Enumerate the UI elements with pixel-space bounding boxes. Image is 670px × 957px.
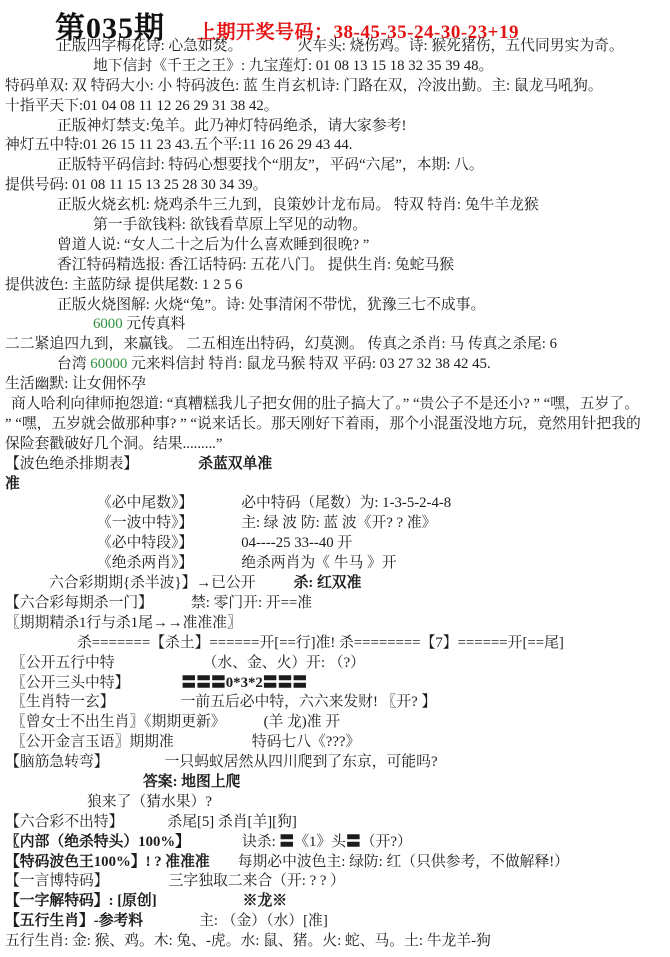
text-line: 提供号码: 01 08 11 15 13 25 28 30 34 39。 xyxy=(5,176,670,196)
text-line: 杀=======【杀土】======开[==行]准! 杀========【7】=… xyxy=(5,634,670,654)
text-line: 香江特码精选报: 香江话特码: 五花八门。 提供生肖: 兔蛇马猴 xyxy=(5,256,670,276)
spacer xyxy=(129,686,181,687)
text-line: 【六合彩每期杀一门】禁: 零门开: 开==准 xyxy=(5,594,670,614)
text-segment: 生活幽默: 让女佣怀孕 xyxy=(5,376,146,392)
text-segment: 香江特码精选报: 香江话特码: 五花八门。 提供生肖: 兔蛇马猴 xyxy=(57,257,454,273)
text-segment: 提供波色: 主蓝防绿 提供尾数: 1 2 5 6 xyxy=(5,277,243,293)
spacer xyxy=(174,745,252,746)
text-segment: 绝杀两肖为《 牛马 》开 xyxy=(241,555,396,571)
text-segment: 04----25 33--40 开 xyxy=(241,535,352,551)
spacer xyxy=(226,725,264,726)
text-segment: ※龙※ xyxy=(243,893,287,909)
text-segment: 地下信封《千王之王》: 九宝莲灯: 01 08 13 15 18 32 35 3… xyxy=(93,58,493,74)
text-segment: 保险套戳破好几个洞。结果.........” xyxy=(5,436,222,452)
text-line: 正版火烧图解: 火烧“兔”。诗: 处事清闲不带忧，犹豫三七不成事。 xyxy=(5,296,670,316)
text-segment: 【一言博特码】 xyxy=(5,873,109,889)
text-line: 商人哈利向律师抱怨道: “真糟糕我儿子把女佣的肚子搞大了。” “贵公子不是还小?… xyxy=(5,395,670,415)
spacer xyxy=(115,705,181,706)
text-segment: 《必中特段》】 xyxy=(97,535,193,551)
text-segment: 六合彩期期{杀半波}】→已公开 xyxy=(49,575,256,591)
text-segment: （水、金、火）开: （?） xyxy=(203,655,365,671)
text-line: 【特码波色王100%】! ? 准准准每期必中波色主: 绿防: 红（只供参考，不做… xyxy=(5,853,670,873)
spacer xyxy=(153,606,191,607)
text-segment: 杀: 红双准 xyxy=(294,575,362,591)
text-line: 六合彩期期{杀半波}】→已公开杀: 红双准 xyxy=(5,574,670,594)
text-segment: 〖公开金言玉语〗期期准 xyxy=(11,734,174,750)
text-segment: 神灯五中特:01 26 15 11 23 43.五个平:11 16 26 29 … xyxy=(5,137,352,153)
text-segment: 〓 xyxy=(346,834,361,850)
text-segment: 台湾 xyxy=(57,356,90,372)
text-line: 【波色绝杀排期表】杀蓝双单准 xyxy=(5,455,670,475)
text-line: 曾道人说: “女人二十之后为什么喜欢睡到很晚? ” xyxy=(5,236,670,256)
text-segment: （开?） xyxy=(361,834,412,850)
text-line: 《一波中特》】主: 绿 波 防: 蓝 波《开? ? 准》 xyxy=(5,514,670,534)
spacer xyxy=(123,825,167,826)
text-segment: 〖生肖特一玄】 xyxy=(11,694,115,710)
text-segment: 杀=======【杀土】======开[==行]准! 杀========【7】=… xyxy=(77,635,564,651)
text-line: 保险套戳破好几个洞。结果.........” xyxy=(5,435,670,455)
text-segment: 每期必中波色主: 绿防: 红（只供参考，不做解释!） xyxy=(238,854,569,870)
text-line: 〖曾女士不出生肖〗《期期更新》(羊 龙)准 开 xyxy=(5,713,670,733)
text-line: 五行生肖: 金: 猴、鸡。木: 兔、-虎。水: 鼠、猪。火: 蛇、马。土: 牛龙… xyxy=(5,932,670,952)
text-segment: 〖公开五行中特 xyxy=(11,655,115,671)
text-segment: 第一手欲钱料: 欲钱看草原上罕见的动物。 xyxy=(93,217,367,233)
text-segment: 准 xyxy=(5,476,20,492)
text-line: 〖公开五行中特（水、金、火）开: （?） xyxy=(5,654,670,674)
text-segment: 〖曾女士不出生肖〗《期期更新》 xyxy=(11,714,226,730)
text-line: 〖公开三头中特】〓〓〓0*3*2〓〓〓 xyxy=(5,674,670,694)
text-line: 正版四字梅花诗: 心急如焚。火车头: 烧伤鸡。诗: 猴死猪伤，五代同男实为奇。 xyxy=(5,37,670,57)
text-segment: 商人哈利向律师抱怨道: “真糟糕我儿子把女佣的肚子搞大了。” “贵公子不是还小?… xyxy=(11,396,639,412)
text-segment: 【五行生肖】-参考料 xyxy=(5,913,143,929)
text-line: 第一手欲钱料: 欲钱看草原上罕见的动物。 xyxy=(5,216,670,236)
text-segment: 提供号码: 01 08 11 15 13 25 28 30 34 39。 xyxy=(5,177,268,193)
text-line: 【一字解特码】: [原创]※龙※ xyxy=(5,892,670,912)
text-segment: 特码单双: 双 特码大小: 小 特码波色: 蓝 生肖玄机诗: 门路在双，冷波出勤… xyxy=(5,78,603,94)
text-segment: ” “嘿，五岁就会做那种事? ” “说来话长。那天刚好下着雨，那个小混蛋没地方玩… xyxy=(5,416,641,432)
text-segment: 《一波中特》】 xyxy=(97,515,193,531)
text-segment: 【六合彩每期杀一门】 xyxy=(5,595,153,611)
spacer xyxy=(210,865,238,866)
text-segment: 〖期期精杀1行与杀1尾→→准准准〗 xyxy=(5,615,242,631)
text-segment: 一前五后必中特，六六来发财! 〖开? 】 xyxy=(181,694,437,710)
text-segment: 正版火烧玄机: 烧鸡杀牛三九到，良策妙计龙布局。 特双 特肖: 兔牛羊龙猴 xyxy=(57,197,539,213)
text-segment: 元传真料 xyxy=(123,316,186,332)
text-line: 正版火烧玄机: 烧鸡杀牛三九到，良策妙计龙布局。 特双 特肖: 兔牛羊龙猴 xyxy=(5,196,670,216)
text-segment: 【脑筋急转弯】 xyxy=(5,754,109,770)
spacer xyxy=(109,884,169,885)
text-line: 提供波色: 主蓝防绿 提供尾数: 1 2 5 6 xyxy=(5,276,670,296)
spacer xyxy=(138,467,198,468)
text-segment: 〓 xyxy=(279,834,294,850)
text-segment: 6000 xyxy=(93,316,123,332)
text-segment: 元来料信封 特肖: 鼠龙马猴 特双 平码: 03 27 32 38 42 45. xyxy=(127,356,490,372)
text-line: 《必中尾数》】必中特码（尾数）为: 1-3-5-2-4-8 xyxy=(5,494,670,514)
text-line: ” “嘿，五岁就会做那种事? ” “说来话长。那天刚好下着雨，那个小混蛋没地方玩… xyxy=(5,415,670,435)
spacer xyxy=(242,49,297,50)
text-segment: 【六合彩不出特】 xyxy=(5,814,123,830)
text-segment: 【波色绝杀排期表】 xyxy=(5,456,138,472)
text-line: 〖生肖特一玄】一前五后必中特，六六来发财! 〖开? 】 xyxy=(5,693,670,713)
text-line: 【脑筋急转弯】一只蚂蚁居然从四川爬到了东京，可能吗? xyxy=(5,753,670,773)
text-segment: 五行生肖: 金: 猴、鸡。木: 兔、-虎。水: 鼠、猪。火: 蛇、马。土: 牛龙… xyxy=(5,933,491,949)
spacer xyxy=(193,506,241,507)
spacer xyxy=(193,526,241,527)
text-line: 特码单双: 双 特码大小: 小 特码波色: 蓝 生肖玄机诗: 门路在双，冷波出勤… xyxy=(5,77,670,97)
text-line: 〖内部（绝杀特头）100%】诀杀: 〓《1》头〓（开?） xyxy=(5,833,670,853)
text-line: 〖公开金言玉语〗期期准特码七八《???》 xyxy=(5,733,670,753)
text-segment: 杀蓝双单准 xyxy=(198,456,272,472)
text-segment: 【一字解特码】: [原创] xyxy=(5,893,157,909)
text-segment: 三字独取二来合（开: ? ? ） xyxy=(169,873,345,889)
spacer xyxy=(109,765,165,766)
text-segment: 杀尾[5] 杀肖[羊][狗] xyxy=(167,814,296,830)
text-line: 正版特平码信封: 特码心想要找个“朋友”，平码“六尾”，本期: 八。 xyxy=(5,156,670,176)
text-segment: 〓〓〓0*3*2〓〓〓 xyxy=(181,675,307,691)
spacer xyxy=(157,904,243,905)
text-line: 【六合彩不出特】杀尾[5] 杀肖[羊][狗] xyxy=(5,813,670,833)
text-segment: 答案: 地图上爬 xyxy=(143,774,240,790)
text-segment: 〖内部（绝杀特头）100%】 xyxy=(5,834,190,850)
text-segment: 主: 绿 波 防: 蓝 波《开? ? 准》 xyxy=(241,515,436,531)
text-segment: 禁: 零门开: 开==准 xyxy=(191,595,312,611)
text-line: 《绝杀两肖》】绝杀两肖为《 牛马 》开 xyxy=(5,554,670,574)
text-line: 生活幽默: 让女佣怀孕 xyxy=(5,375,670,395)
text-segment: 诀杀: xyxy=(242,834,279,850)
text-segment: 【特码波色王100%】! ? 准准准 xyxy=(5,854,210,870)
text-segment: 火车头: 烧伤鸡。诗: 猴死猪伤，五代同男实为奇。 xyxy=(297,38,623,54)
spacer xyxy=(143,924,199,925)
lottery-tip-sheet: 第035期 上期开奖号码：38-45-35-24-30-23+19 正版四字梅花… xyxy=(0,0,670,957)
text-line: 答案: 地图上爬 xyxy=(5,773,670,793)
text-segment: 正版特平码信封: 特码心想要找个“朋友”，平码“六尾”，本期: 八。 xyxy=(57,157,484,173)
text-segment: 必中特码（尾数）为: 1-3-5-2-4-8 xyxy=(241,495,451,511)
text-segment: 60000 xyxy=(90,356,127,372)
text-segment: 狼来了（猜水果）? xyxy=(87,794,212,810)
text-line: 二二紧追四九到，来赢钱。 二五相连出特码，幻莫测。 传真之杀肖: 马 传真之杀尾… xyxy=(5,335,670,355)
text-line: 地下信封《千王之王》: 九宝莲灯: 01 08 13 15 18 32 35 3… xyxy=(5,57,670,77)
spacer xyxy=(193,546,241,547)
header: 第035期 上期开奖号码：38-45-35-24-30-23+19 xyxy=(5,3,670,36)
text-segment: 十指平天下:01 04 08 11 12 26 29 31 38 42。 xyxy=(5,98,279,114)
text-line: 神灯五中特:01 26 15 11 23 43.五个平:11 16 26 29 … xyxy=(5,136,670,156)
text-line: 准 xyxy=(5,475,670,495)
text-segment: 特码七八《???》 xyxy=(252,734,361,750)
text-line: 狼来了（猜水果）? xyxy=(5,793,670,813)
text-segment: 《1》头 xyxy=(294,834,346,850)
spacer xyxy=(115,666,203,667)
text-line: 〖期期精杀1行与杀1尾→→准准准〗 xyxy=(5,614,670,634)
content-lines: 正版四字梅花诗: 心急如焚。火车头: 烧伤鸡。诗: 猴死猪伤，五代同男实为奇。地… xyxy=(5,37,670,952)
spacer xyxy=(256,586,294,587)
text-segment: 主: （金）（水）[准] xyxy=(199,913,328,929)
spacer xyxy=(193,566,241,567)
text-segment: 二二紧追四九到，来赢钱。 二五相连出特码，幻莫测。 传真之杀肖: 马 传真之杀尾… xyxy=(5,336,557,352)
text-segment: 《必中尾数》】 xyxy=(97,495,193,511)
text-segment: 〖公开三头中特】 xyxy=(11,675,129,691)
text-segment: 正版神灯禁支:兔羊。此乃神灯特码绝杀，请大家参考! xyxy=(57,118,406,134)
text-line: 6000 元传真料 xyxy=(5,315,670,335)
text-segment: 正版火烧图解: 火烧“兔”。诗: 处事清闲不带忧，犹豫三七不成事。 xyxy=(57,297,485,313)
text-segment: (羊 龙)准 开 xyxy=(264,714,340,730)
text-line: 《必中特段》】04----25 33--40 开 xyxy=(5,534,670,554)
spacer xyxy=(190,845,242,846)
text-line: 【一言博特码】三字独取二来合（开: ? ? ） xyxy=(5,872,670,892)
text-line: 【五行生肖】-参考料主: （金）（水）[准] xyxy=(5,912,670,932)
text-segment: 《绝杀两肖》】 xyxy=(97,555,193,571)
text-line: 正版神灯禁支:兔羊。此乃神灯特码绝杀，请大家参考! xyxy=(5,117,670,137)
text-segment: 曾道人说: “女人二十之后为什么喜欢睡到很晚? ” xyxy=(57,237,369,253)
text-line: 台湾 60000 元来料信封 特肖: 鼠龙马猴 特双 平码: 03 27 32 … xyxy=(5,355,670,375)
text-line: 十指平天下:01 04 08 11 12 26 29 31 38 42。 xyxy=(5,97,670,117)
text-segment: 正版四字梅花诗: 心急如焚。 xyxy=(57,38,242,54)
text-segment: 一只蚂蚁居然从四川爬到了东京，可能吗? xyxy=(165,754,438,770)
